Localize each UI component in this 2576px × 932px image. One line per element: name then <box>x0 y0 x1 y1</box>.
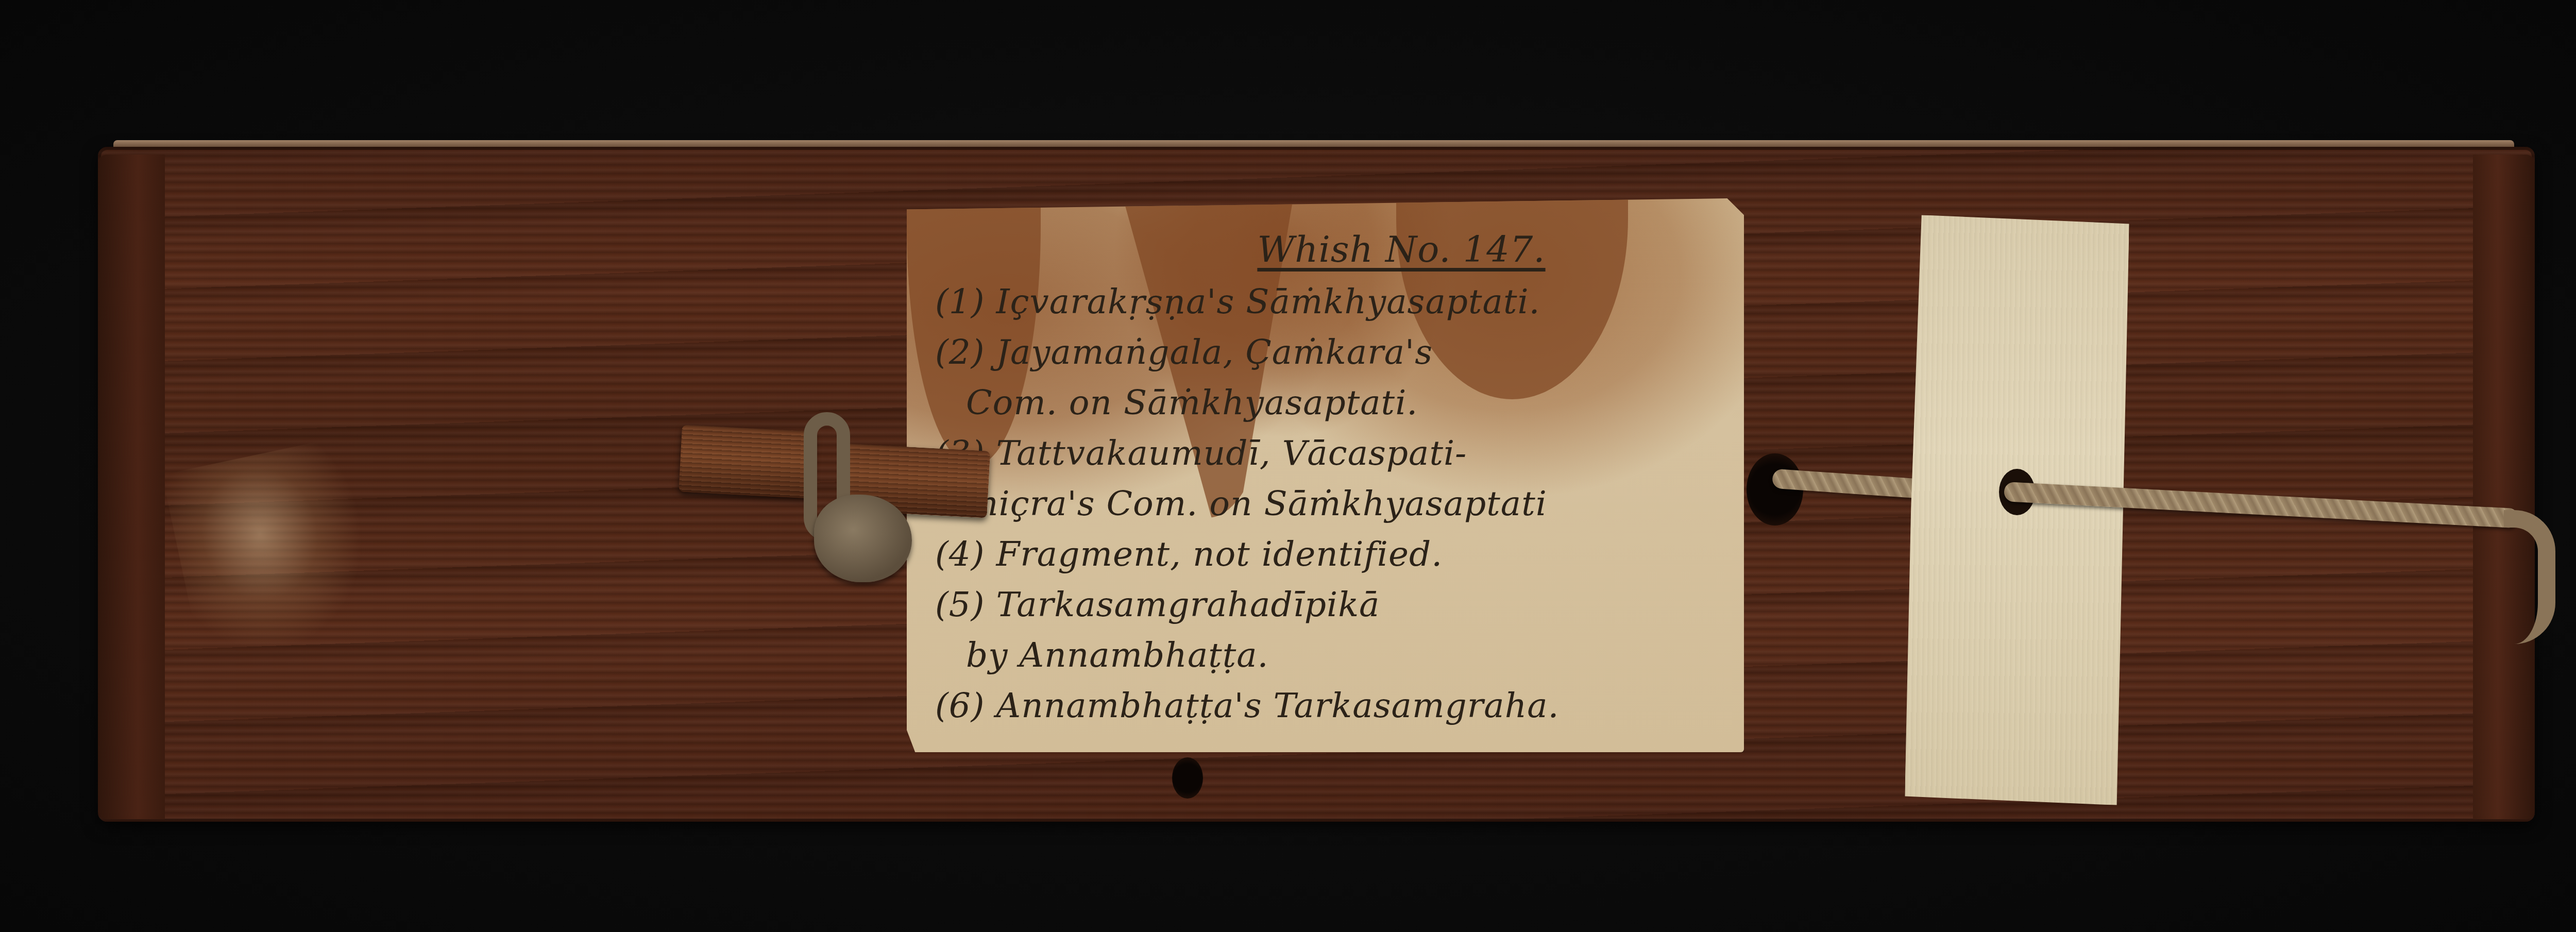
label-title: Whish No. 147. <box>935 224 1723 275</box>
board-right-bevel <box>2473 155 2535 819</box>
paper-label: Whish No. 147. (1) Içvarakṛṣṇa's Sāṁkhya… <box>907 198 1744 752</box>
label-line: by Annambhaṭṭa. <box>935 630 1723 681</box>
photo-scene: Whish No. 147. (1) Içvarakṛṣṇa's Sāṁkhya… <box>0 0 2576 932</box>
label-text: Whish No. 147. (1) Içvarakṛṣṇa's Sāṁkhya… <box>935 224 1723 731</box>
label-line: (3) Tattvakaumudī, Vācaspati- <box>935 428 1723 479</box>
label-line: Com. on Sāṁkhyasaptati. <box>935 378 1723 428</box>
board-left-bevel <box>98 155 165 819</box>
worn-wood-spot <box>162 436 384 667</box>
label-line: (1) Içvarakṛṣṇa's Sāṁkhyasaptati. <box>935 277 1723 327</box>
label-line: miçra's Com. on Sāṁkhyasaptati <box>935 479 1723 529</box>
label-line: (6) Annambhaṭṭa's Tarkasamgraha. <box>935 681 1723 731</box>
label-line: (5) Tarkasamgrahadīpikā <box>935 580 1723 630</box>
peg-left-half <box>679 425 816 498</box>
label-line: (2) Jayamaṅgala, Çaṁkara's <box>935 327 1723 378</box>
bottom-hole <box>1172 757 1203 799</box>
label-line: (4) Fragment, not identified. <box>935 529 1723 580</box>
cord-wrap-around-edge <box>2504 510 2555 644</box>
